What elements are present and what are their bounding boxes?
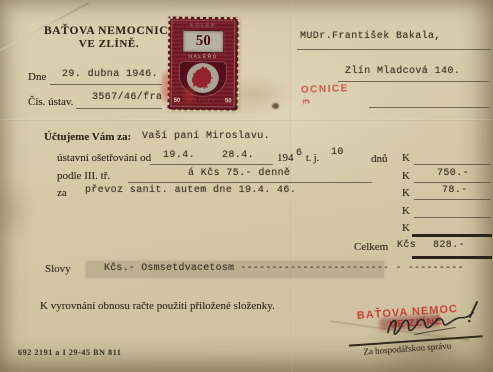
amount-underline-row3 [414, 182, 491, 183]
total-amount: 828.- [433, 240, 465, 251]
lion-emblem-icon [191, 65, 215, 91]
revenue-stamp-bottom-right: 50 [225, 98, 232, 104]
amount-underline-row4 [414, 199, 491, 200]
amount-underline-row5 [414, 217, 491, 218]
currency-mark-row2: K [402, 152, 410, 164]
amount-row3: 750.- [437, 168, 469, 179]
words-value: Kčs.- Osmsetdvacetosm ------------------… [104, 263, 464, 274]
care-to-date: 28.4. [222, 150, 254, 161]
ref-label: Čís. ústav. [28, 96, 73, 108]
date-value: 29. dubna 1946. [62, 69, 158, 80]
addressee-name: MUDr.František Bakala, [300, 31, 441, 42]
words-label: Slovy [45, 263, 71, 275]
ref-underline [76, 108, 162, 109]
currency-mark-row4: K [402, 187, 410, 199]
days-count: 10 [331, 147, 344, 158]
total-currency: Kčs [397, 240, 416, 251]
days-label: dnů [371, 153, 388, 165]
revenue-stamp-unit: HALÉŘŮ [172, 54, 234, 61]
amount-underline-row2 [414, 164, 491, 165]
revenue-stamp-bottom-inscription: · · · · · · [190, 98, 215, 103]
transport-value: převoz sanit. autem dne 19.4. 46. [85, 185, 296, 196]
intro-value: Vaší paní Miroslavu. [142, 131, 270, 142]
care-period-underline [150, 164, 273, 165]
care-from-date: 19.4. [163, 150, 195, 161]
tj-label: t. j. [306, 153, 319, 164]
addressee-underline-1 [297, 49, 491, 50]
intro-label: Účtujeme Vám za: [44, 131, 131, 143]
revenue-stamp: KOLEK 50 HALÉŘŮ 50 · · · · · · 50 [168, 17, 239, 111]
stamp-perforation [236, 17, 241, 110]
addressee-address: Zlín Mladcová 140. [345, 66, 460, 77]
currency-mark-row6: K [402, 222, 410, 234]
ref-value: 3567/46/fra [92, 92, 162, 103]
org-name-line1: BAŤOVA NEMOCNICE [44, 25, 174, 37]
stamp-perforation [168, 15, 238, 20]
addressee-underline-2 [338, 81, 489, 82]
currency-mark-row3: K [402, 170, 410, 182]
revenue-stamp-value: 50 [182, 30, 224, 53]
tariff-value: á Kčs 75.- denně [188, 168, 290, 179]
date-label: Dne [28, 71, 46, 83]
red-ink-smudge [162, 72, 170, 102]
transport-label: za [57, 187, 67, 199]
red-ink-smudge [184, 86, 194, 104]
tariff-label: podle III. tř. [57, 170, 110, 182]
stamp-perforation [167, 108, 237, 113]
amount-heavy-rule [412, 234, 492, 237]
year-typed: 6 [296, 148, 302, 159]
scanned-invoice-document: BAŤOVA NEMOCNICE VE ZLÍNĚ. Dne 29. dubna… [0, 0, 493, 372]
revenue-stamp-top-text: KOLEK [172, 23, 234, 30]
tariff-underline [128, 182, 372, 183]
payment-note: K vyrovnání obnosu račte použíti přilože… [40, 300, 275, 312]
ink-spot [272, 103, 279, 109]
paper-crease [0, 119, 493, 121]
addressee-underline-3 [369, 107, 490, 108]
pen-stroke-mark [466, 300, 480, 324]
amount-row4: 78.- [442, 185, 468, 196]
partial-red-stamp: OCNICE Ě [301, 78, 350, 108]
care-period-label: ústavní ošetřování od [57, 152, 151, 164]
total-heavy-rule [412, 256, 492, 259]
partial-red-stamp-text: OCNICE [301, 83, 349, 96]
org-name-line2: VE ZLÍNĚ. [44, 38, 174, 50]
partial-red-stamp-text2: Ě [301, 99, 310, 107]
revenue-stamp-frame: KOLEK 50 HALÉŘŮ 50 · · · · · · 50 [171, 20, 236, 108]
total-label: Celkem [354, 241, 388, 253]
print-code: 692 2191 a I 29-45 BN 811 [18, 348, 121, 357]
currency-mark-row5: K [402, 205, 410, 217]
revenue-stamp-bottom-left: 50 [174, 97, 181, 103]
date-underline [50, 84, 162, 85]
year-printed: 194 [277, 152, 294, 164]
